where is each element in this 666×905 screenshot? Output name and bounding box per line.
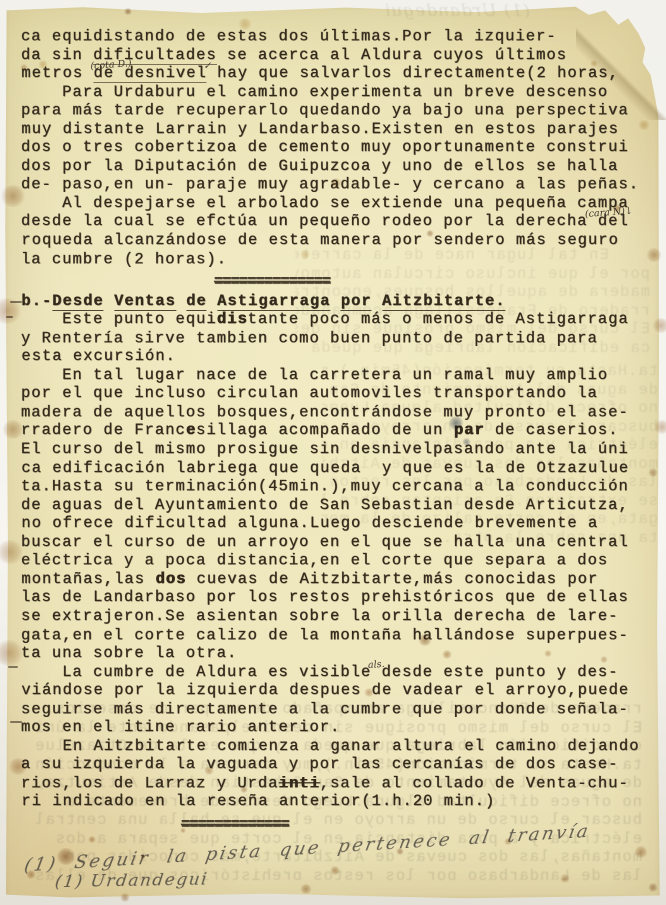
text-line: no ofrece dificultad alguna.Luego descie… bbox=[21, 514, 655, 533]
text-line: muy distante Larrain y Landarbaso.Existe… bbox=[21, 120, 655, 139]
text-segment: inti bbox=[279, 774, 320, 792]
text-segment: de bbox=[186, 292, 207, 311]
margin-dash bbox=[8, 666, 18, 668]
text-line: se extrajeron.Se asientan sobre la orill… bbox=[21, 607, 655, 626]
text-line: buscar el curso de un arroyo en el que s… bbox=[21, 533, 655, 552]
margin-dash bbox=[6, 316, 13, 318]
text-line: viándose por la izquierda despues de vad… bbox=[21, 681, 655, 700]
text-line: En Aitzbitarte comienza a ganar altura e… bbox=[21, 737, 655, 756]
text-line: En tal lugar nace de la carretera un ram… bbox=[21, 366, 655, 385]
handwritten-correction: ✓ bbox=[204, 62, 205, 71]
text-line: por el que incluso circulan automoviles … bbox=[21, 384, 655, 403]
text-segment: dos bbox=[155, 570, 186, 588]
section-heading: b.-Desde Ventas de Astigarraga por Aitzb… bbox=[21, 292, 655, 311]
text-segment: par bbox=[454, 421, 485, 439]
text-segment: Astigarraga bbox=[217, 292, 330, 311]
text-line: esta excursión. bbox=[21, 347, 655, 366]
text-segment: Ventas bbox=[114, 292, 176, 311]
handwritten-correction: als. bbox=[368, 661, 369, 670]
text-segment: e bbox=[186, 421, 196, 439]
text-line: ri indicado en la reseña anterior(1.h.20… bbox=[21, 792, 655, 811]
text-line: mos en el itine rario anterior. bbox=[21, 718, 655, 737]
text-line: ta.Hasta su terminación(45min.),muy cerc… bbox=[21, 477, 655, 496]
text-line: las de Landarbaso por los restos prehist… bbox=[21, 588, 655, 607]
text-line: dos por la Diputación de Guipuzcoa y uno… bbox=[21, 157, 655, 176]
handwritten-correction: (cota D.) bbox=[90, 62, 91, 71]
text-line: madera de aquellos bosques,encontrándose… bbox=[21, 403, 655, 422]
text-line: Para Urdaburu el camino experimenta un b… bbox=[21, 83, 655, 102]
handwritten-correction: (cara N)↓ bbox=[584, 210, 585, 219]
text-line: ta una sobre la otra. bbox=[21, 644, 655, 663]
text-line: El curso del mismo prosigue sin desnivel… bbox=[21, 440, 655, 459]
typed-separator: ============== bbox=[21, 272, 655, 293]
text-line: la cumbre (2 horas). bbox=[21, 250, 655, 269]
text-line: y Rentería sirve tambien como buen punto… bbox=[21, 329, 655, 348]
text-line: eléctrica y a poca distancia,en el corte… bbox=[21, 552, 655, 571]
text-segment: dis bbox=[217, 310, 248, 328]
text-line: La cumbre de Aldura es visibleals. desde… bbox=[21, 663, 655, 682]
text-line: seguirse más directamente a la cumbre qu… bbox=[21, 700, 655, 719]
text-line: de aguas del Ayuntamiento de San Sebasti… bbox=[21, 496, 655, 515]
margin-dash bbox=[10, 301, 22, 303]
typewritten-text: ca equidistando de estas dos últimas.Por… bbox=[21, 27, 655, 835]
text-line: montañas,las dos cuevas de Aitzbitarte,m… bbox=[21, 570, 655, 589]
scanned-page: En tal lugar nace de la carretera un ram… bbox=[0, 0, 666, 905]
text-line: rradero de Francesillaga acompañado de u… bbox=[21, 421, 655, 440]
text-line: desde la cual se efctúa un pequeño rodeo… bbox=[21, 212, 655, 231]
margin-dash bbox=[10, 721, 22, 723]
text-line: para más tarde recuperarlo quedando ya b… bbox=[21, 101, 655, 120]
text-segment: por bbox=[341, 292, 372, 311]
text-line: gata,en el corte calizo de la montaña ha… bbox=[21, 626, 655, 645]
typed-separator: ============= bbox=[21, 815, 655, 836]
text-line: rios,los de Larraz y Urdainti,sale al co… bbox=[21, 774, 655, 793]
text-line: metros (cota D.)de desnivel✓ hay que sal… bbox=[21, 64, 655, 83]
text-line: dos o tres cobertizoa de cemento muy opo… bbox=[21, 138, 655, 157]
text-line: Este punto equidistante poco más o menos… bbox=[21, 310, 655, 329]
text-line: a su izquierda la vaguada y por las cerc… bbox=[21, 755, 655, 774]
text-line: Al despejarse el arbolado se extiende un… bbox=[21, 194, 655, 213]
text-line: roqueda alcanzándose de esta manera por … bbox=[21, 231, 655, 250]
text-line: ca edificación labriega que queda y que … bbox=[21, 459, 655, 478]
text-segment: Aitzbitarte. bbox=[382, 292, 506, 311]
text-line: de- paso,en un- paraje muy agradable- y … bbox=[21, 176, 655, 195]
text-line: ca equidistando de estas dos últimas.Por… bbox=[21, 27, 655, 46]
text-segment: Desde bbox=[52, 292, 104, 311]
